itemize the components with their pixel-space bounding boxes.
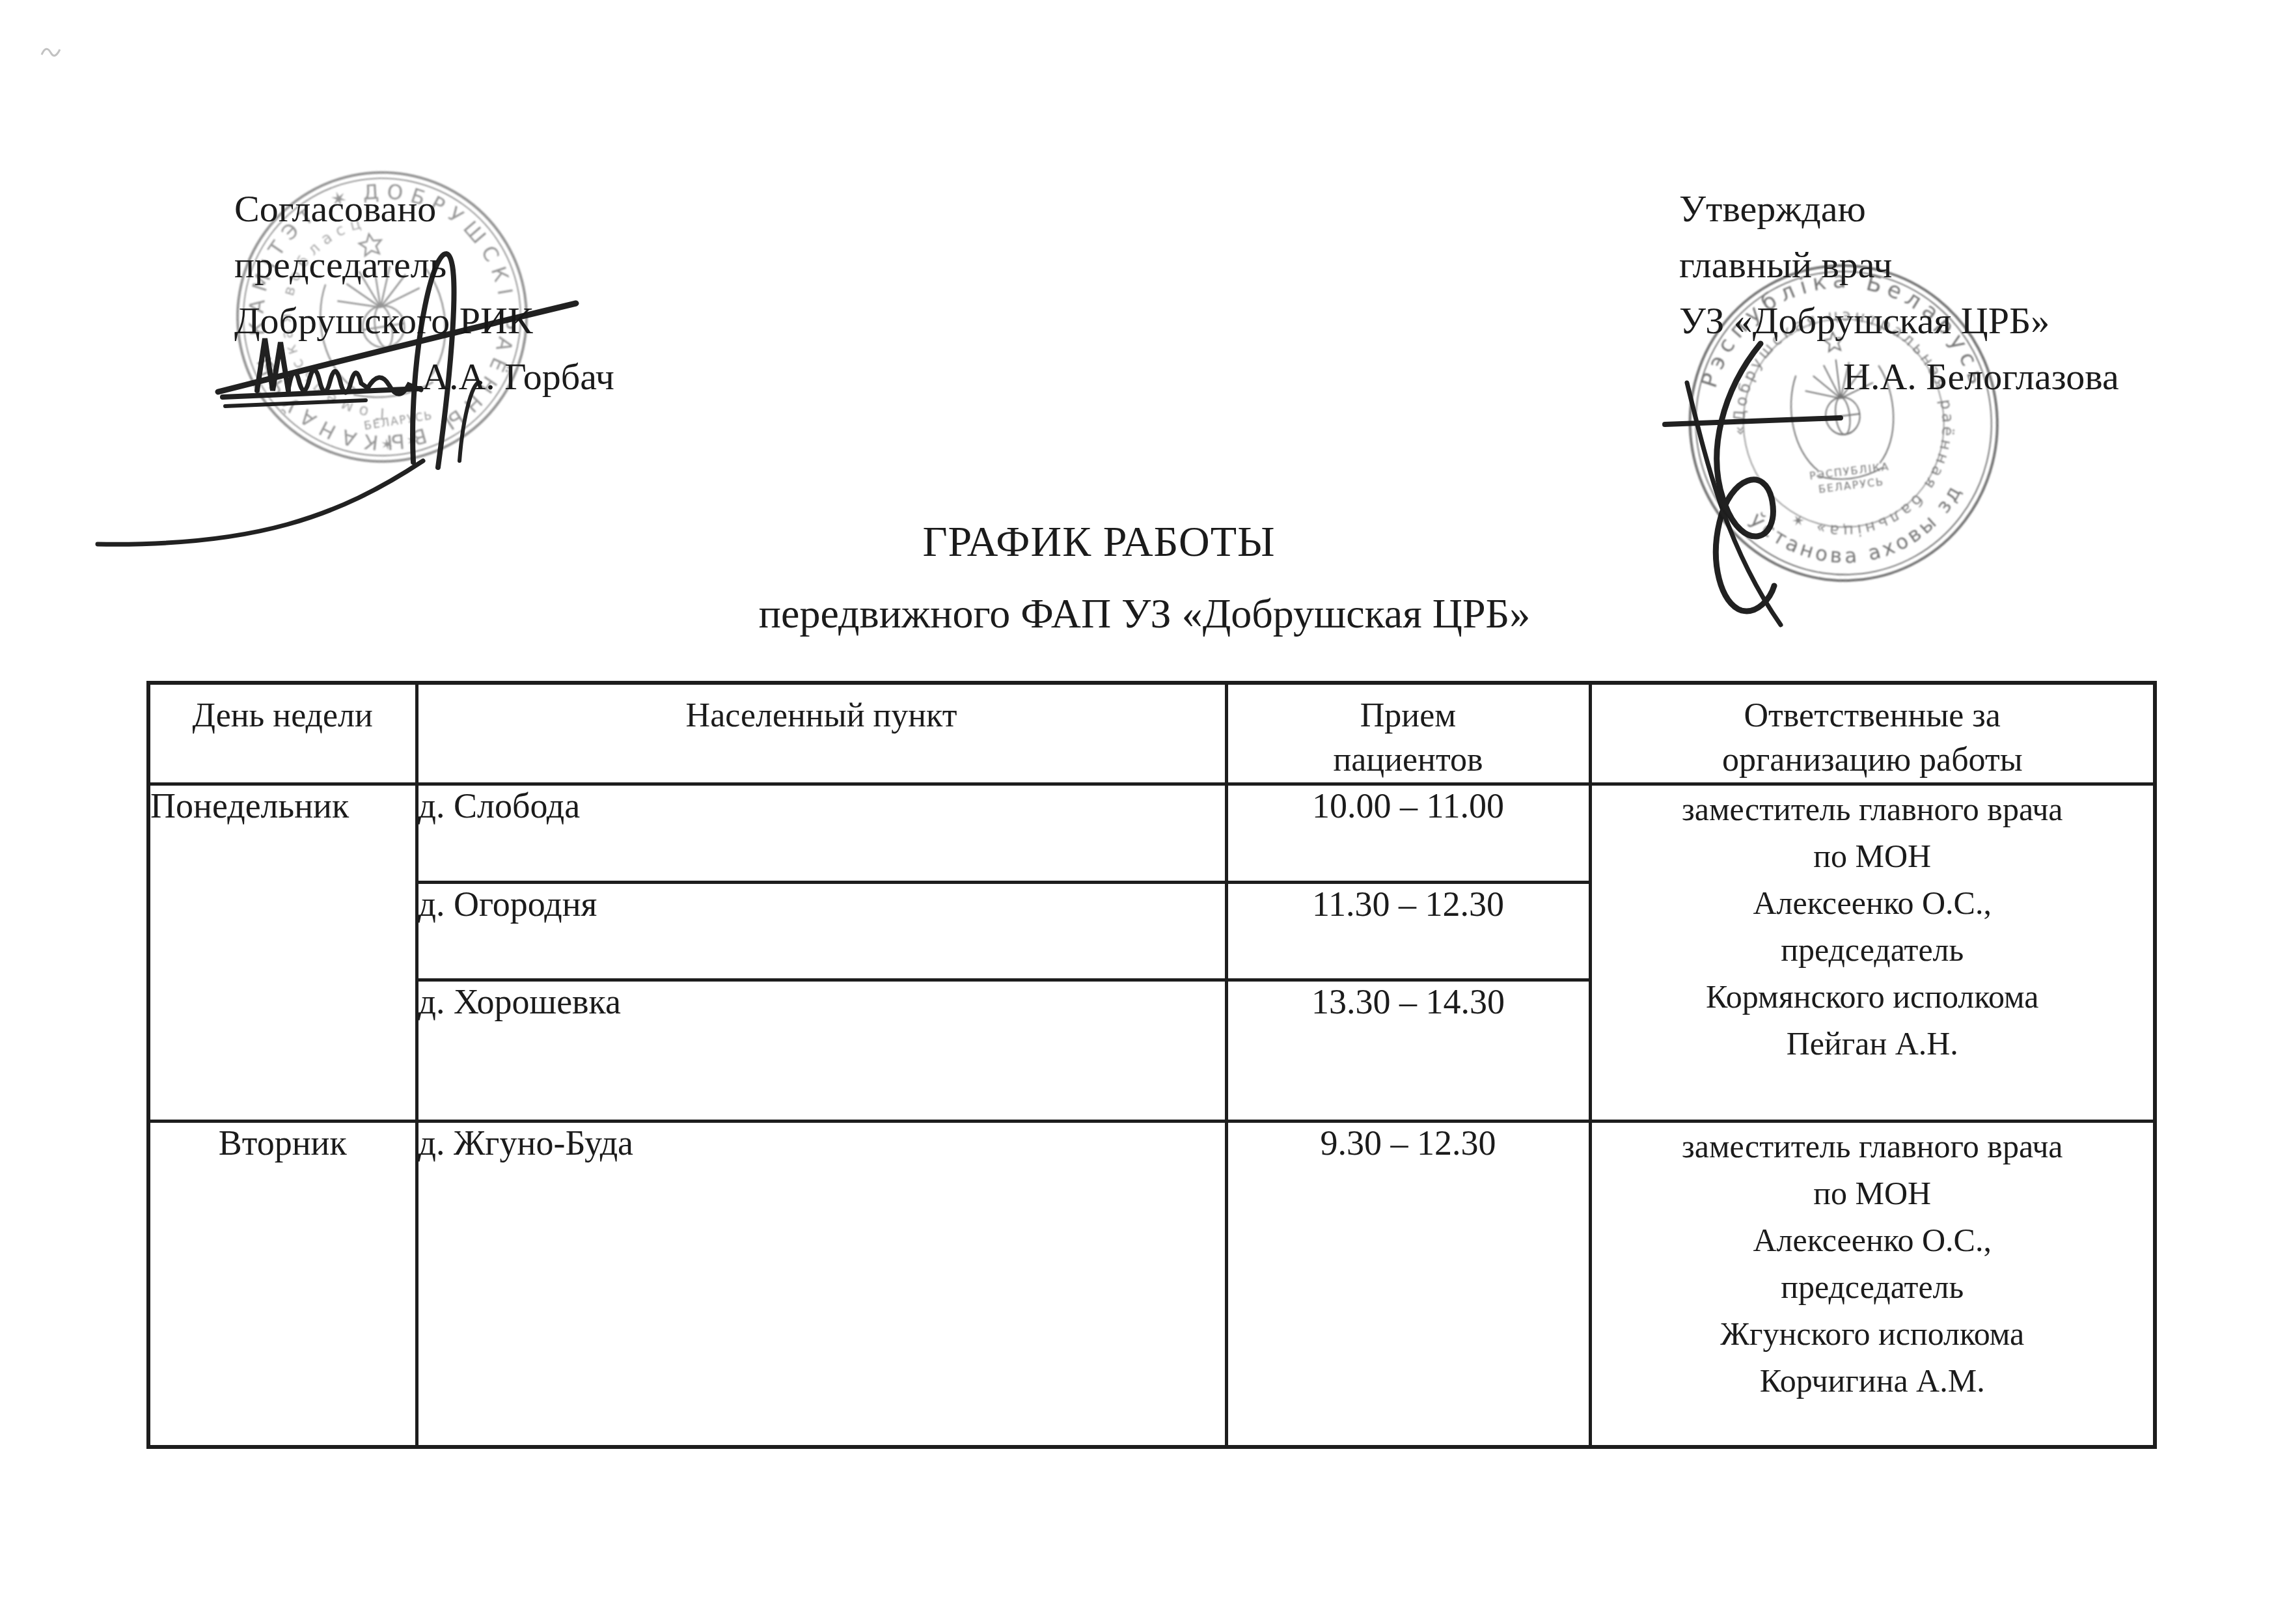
responsible-cell-tuesday: заместитель главного врача по МОН Алексе… bbox=[1590, 1122, 2155, 1447]
signature-beloglazova bbox=[1647, 306, 2063, 644]
responsible-line: по МОН bbox=[1592, 833, 2154, 879]
header-reception: Прием пациентов bbox=[1226, 683, 1590, 784]
schedule-table: День недели Населенный пункт Прием пацие… bbox=[146, 681, 2157, 1449]
responsible-line: Пейган А.Н. bbox=[1592, 1020, 2154, 1067]
scan-dust-speck bbox=[38, 38, 68, 64]
responsible-line: Алексеенко О.С., bbox=[1592, 1217, 2154, 1263]
approval-right-line1: Утверждаю bbox=[1679, 181, 2119, 237]
responsible-line: по МОН bbox=[1592, 1170, 2154, 1217]
table-row-tuesday: Вторник д. Жгуно-Буда 9.30 – 12.30 замес… bbox=[148, 1122, 2155, 1447]
time-cell: 9.30 – 12.30 bbox=[1226, 1122, 1590, 1447]
schedule-table-wrap: День недели Населенный пункт Прием пацие… bbox=[146, 681, 2157, 1449]
approval-right-line2: главный врач bbox=[1679, 237, 2119, 293]
approval-left-line1: Согласовано bbox=[234, 181, 614, 237]
responsible-line: Жгунского исполкома bbox=[1592, 1310, 2154, 1357]
header-responsible: Ответственные за организацию работы bbox=[1590, 683, 2155, 784]
responsible-line: председатель bbox=[1592, 926, 2154, 973]
responsible-line: заместитель главного врача bbox=[1592, 1123, 2154, 1170]
village-cell: д. Хорошевка bbox=[417, 980, 1226, 1122]
time-cell: 10.00 – 11.00 bbox=[1226, 784, 1590, 883]
responsible-line: Корчигина А.М. bbox=[1592, 1357, 2154, 1404]
table-header-row: День недели Населенный пункт Прием пацие… bbox=[148, 683, 2155, 784]
signature-gorbach bbox=[59, 241, 814, 605]
time-cell: 11.30 – 12.30 bbox=[1226, 883, 1590, 980]
time-cell: 13.30 – 14.30 bbox=[1226, 980, 1590, 1122]
responsible-cell-monday: заместитель главного врача по МОН Алексе… bbox=[1590, 784, 2155, 1122]
village-cell: д. Слобода bbox=[417, 784, 1226, 883]
header-village: Населенный пункт bbox=[417, 683, 1226, 784]
day-cell-tuesday: Вторник bbox=[148, 1122, 417, 1447]
village-cell: д. Жгуно-Буда bbox=[417, 1122, 1226, 1447]
village-cell: д. Огородня bbox=[417, 883, 1226, 980]
responsible-line: председатель bbox=[1592, 1263, 2154, 1310]
table-row-monday-1: Понедельник д. Слобода 10.00 – 11.00 зам… bbox=[148, 784, 2155, 883]
day-cell-monday: Понедельник bbox=[148, 784, 417, 1122]
responsible-line: Алексеенко О.С., bbox=[1592, 879, 2154, 926]
header-day: День недели bbox=[148, 683, 417, 784]
scanned-document-page: ДОБРУШСКІ РАЁННЫ ВЫКАНАЎЧЫ КАМІТЭТ ✶ Гом… bbox=[0, 0, 2289, 1624]
responsible-line: заместитель главного врача bbox=[1592, 786, 2154, 833]
responsible-line: Кормянского исполкома bbox=[1592, 973, 2154, 1020]
